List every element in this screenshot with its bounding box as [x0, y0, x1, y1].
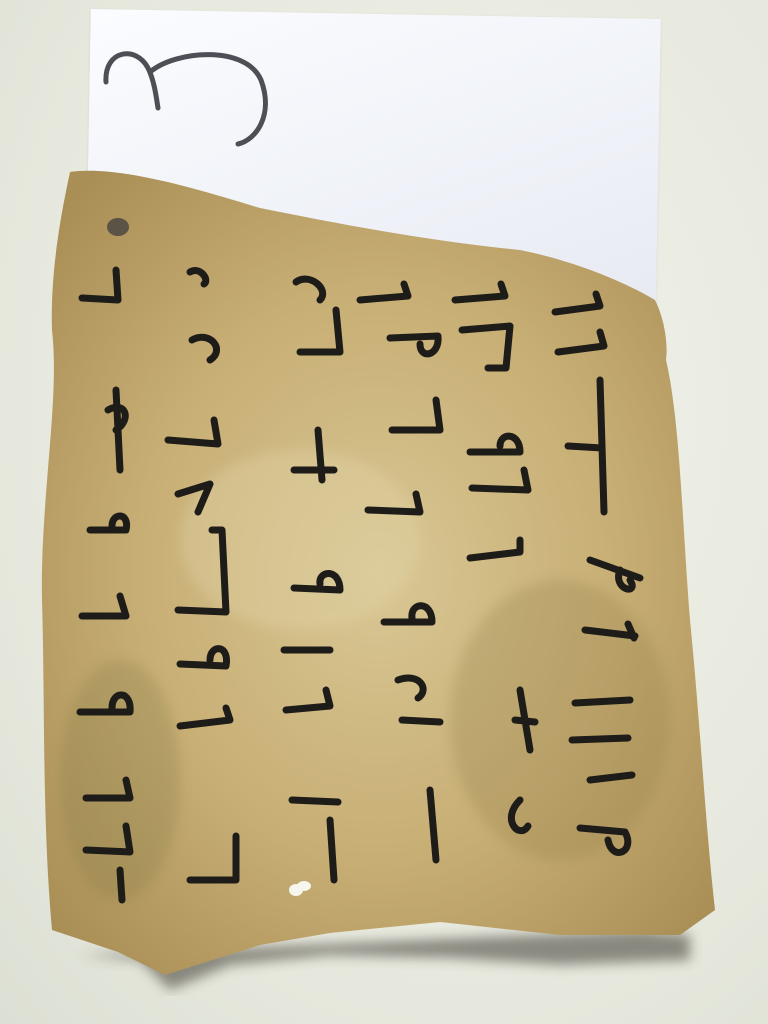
bottom-hole — [284, 876, 314, 900]
top-left-hole — [104, 214, 132, 242]
parchment-hide — [0, 0, 768, 1024]
